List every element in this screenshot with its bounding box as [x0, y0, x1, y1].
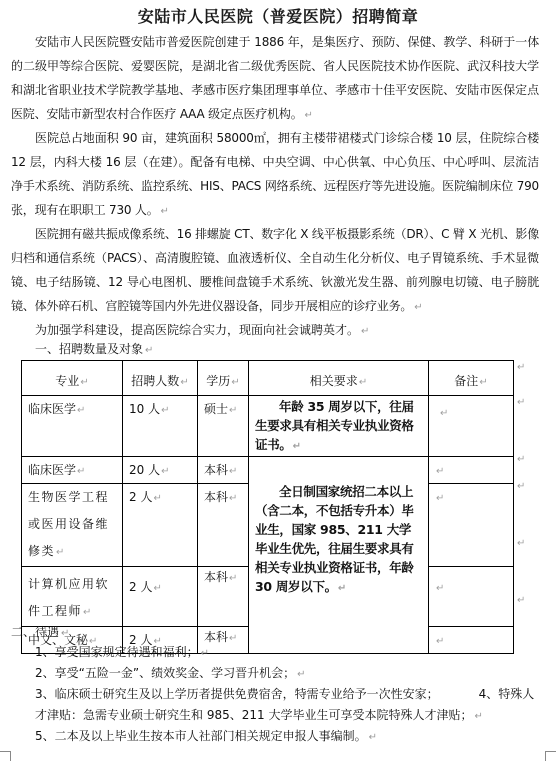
cell-count: 10 人↵ [123, 396, 198, 457]
cell-remark: ↵ [429, 396, 514, 457]
row-end-mark-icon: ↵ [517, 481, 525, 492]
paragraph-mark-icon: ↵ [161, 206, 169, 217]
intro-paragraph: 安陆市人民医院暨安陆市普爱医院创建于 1886 年，是集医疗、预防、保健、教学、… [11, 30, 539, 128]
cell-major: 临床医学↵ [22, 457, 123, 484]
cell-remark: ↵ [429, 567, 514, 627]
section-heading-recruitment: 一、招聘数量及对象↵ [35, 339, 153, 361]
paragraph-mark-icon: ↵ [305, 110, 313, 121]
cell-degree: 硕士↵ [198, 396, 249, 457]
equipment-text: 医院拥有磁共振成像系统、16 排螺旋 CT、数字化 X 线平板摄影系统（DR）、… [11, 227, 539, 313]
header-count: 招聘人数↵ [123, 361, 198, 396]
cell-degree: 本科↵ [198, 457, 249, 484]
table-header-row: 专业↵ 招聘人数↵ 学历↵ 相关要求↵ 备注↵ [22, 361, 514, 396]
section2-heading-text: 二、待遇 [11, 625, 59, 639]
cell-remark: ↵ [429, 627, 514, 654]
header-degree: 学历↵ [198, 361, 249, 396]
paragraph-mark-icon: ↵ [414, 302, 422, 313]
cell-major: 计算机应用软件工程师↵ [22, 567, 123, 627]
cell-count: 20 人↵ [123, 457, 198, 484]
benefit-item: 5、二本及以上毕业生按本市人社部门相关规定申报人事编制。↵ [35, 726, 377, 748]
cell-requirement-master: 年龄 35 周岁以下，往届生要求具有相关专业执业资格证书。↵ [249, 396, 429, 457]
cell-major: 生物医学工程或医用设备维修类↵ [22, 484, 123, 567]
benefit-item: 2、享受“五险一金”、绩效奖金、学习晋升机会；↵ [35, 663, 305, 685]
benefit-item-3-4: 3、临床硕士研究生及以上学历者提供免费宿舍，特需专业给予一次性安家；4、特殊人才… [35, 684, 545, 727]
row-end-mark-icon: ↵ [517, 362, 525, 373]
row-end-mark-icon: ↵ [517, 595, 525, 606]
cell-remark: ↵ [429, 484, 514, 567]
cell-degree: 本科↵ [198, 484, 249, 567]
cell-count: 2 人↵ [123, 567, 198, 627]
recruitment-table: 专业↵ 招聘人数↵ 学历↵ 相关要求↵ 备注↵ 临床医学↵ 10 人↵ 硕士↵ … [21, 360, 514, 654]
row-end-mark-icon: ↵ [517, 454, 525, 465]
cell-major: 临床医学↵ [22, 396, 123, 457]
row-end-mark-icon: ↵ [517, 538, 525, 549]
row-end-mark-icon: ↵ [517, 397, 525, 408]
facilities-text: 医院总占地面积 90 亩，建筑面积 58000㎡，拥有主楼带裙楼式门诊综合楼 1… [11, 131, 539, 217]
section1-heading-text: 一、招聘数量及对象 [35, 342, 143, 356]
header-requirements: 相关要求↵ [249, 361, 429, 396]
header-remark: 备注↵ [429, 361, 514, 396]
document-title: 安陆市人民医院（普爱医院）招聘简章 [0, 4, 556, 27]
cell-remark: ↵ [429, 457, 514, 484]
paragraph-mark-icon: ↵ [61, 628, 69, 639]
benefit-item: 1、享受国家规定待遇和福利；↵ [35, 642, 209, 664]
section-heading-benefits: 二、待遇↵ [11, 622, 69, 644]
table-row: 临床医学↵ 10 人↵ 硕士↵ 年龄 35 周岁以下，往届生要求具有相关专业执业… [22, 396, 514, 457]
page-corner-mark-right [545, 751, 556, 761]
table-row: 临床医学↵ 20 人↵ 本科↵ 全日制国家统招二本以上（含二本，不包括专升本）毕… [22, 457, 514, 484]
intro-text: 安陆市人民医院暨安陆市普爱医院创建于 1886 年，是集医疗、预防、保健、教学、… [11, 35, 539, 121]
header-major: 专业↵ [22, 361, 123, 396]
page-corner-mark-left [0, 751, 11, 761]
paragraph-mark-icon: ↵ [145, 345, 153, 356]
equipment-paragraph: 医院拥有磁共振成像系统、16 排螺旋 CT、数字化 X 线平板摄影系统（DR）、… [11, 222, 539, 320]
facilities-paragraph: 医院总占地面积 90 亩，建筑面积 58000㎡，拥有主楼带裙楼式门诊综合楼 1… [11, 126, 539, 224]
cell-degree: 本科↵ [198, 567, 249, 627]
cell-requirement-bachelor: 全日制国家统招二本以上（含二本，不包括专升本）毕业生，国家 985、211 大学… [249, 457, 429, 654]
cell-count: 2 人↵ [123, 484, 198, 567]
document-page: 安陆市人民医院（普爱医院）招聘简章 安陆市人民医院暨安陆市普爱医院创建于 188… [0, 0, 556, 761]
recruit-intro-text: 为加强学科建设，提高医院综合实力，现面向社会诚聘英才。 [35, 323, 359, 337]
paragraph-mark-icon: ↵ [361, 326, 369, 337]
